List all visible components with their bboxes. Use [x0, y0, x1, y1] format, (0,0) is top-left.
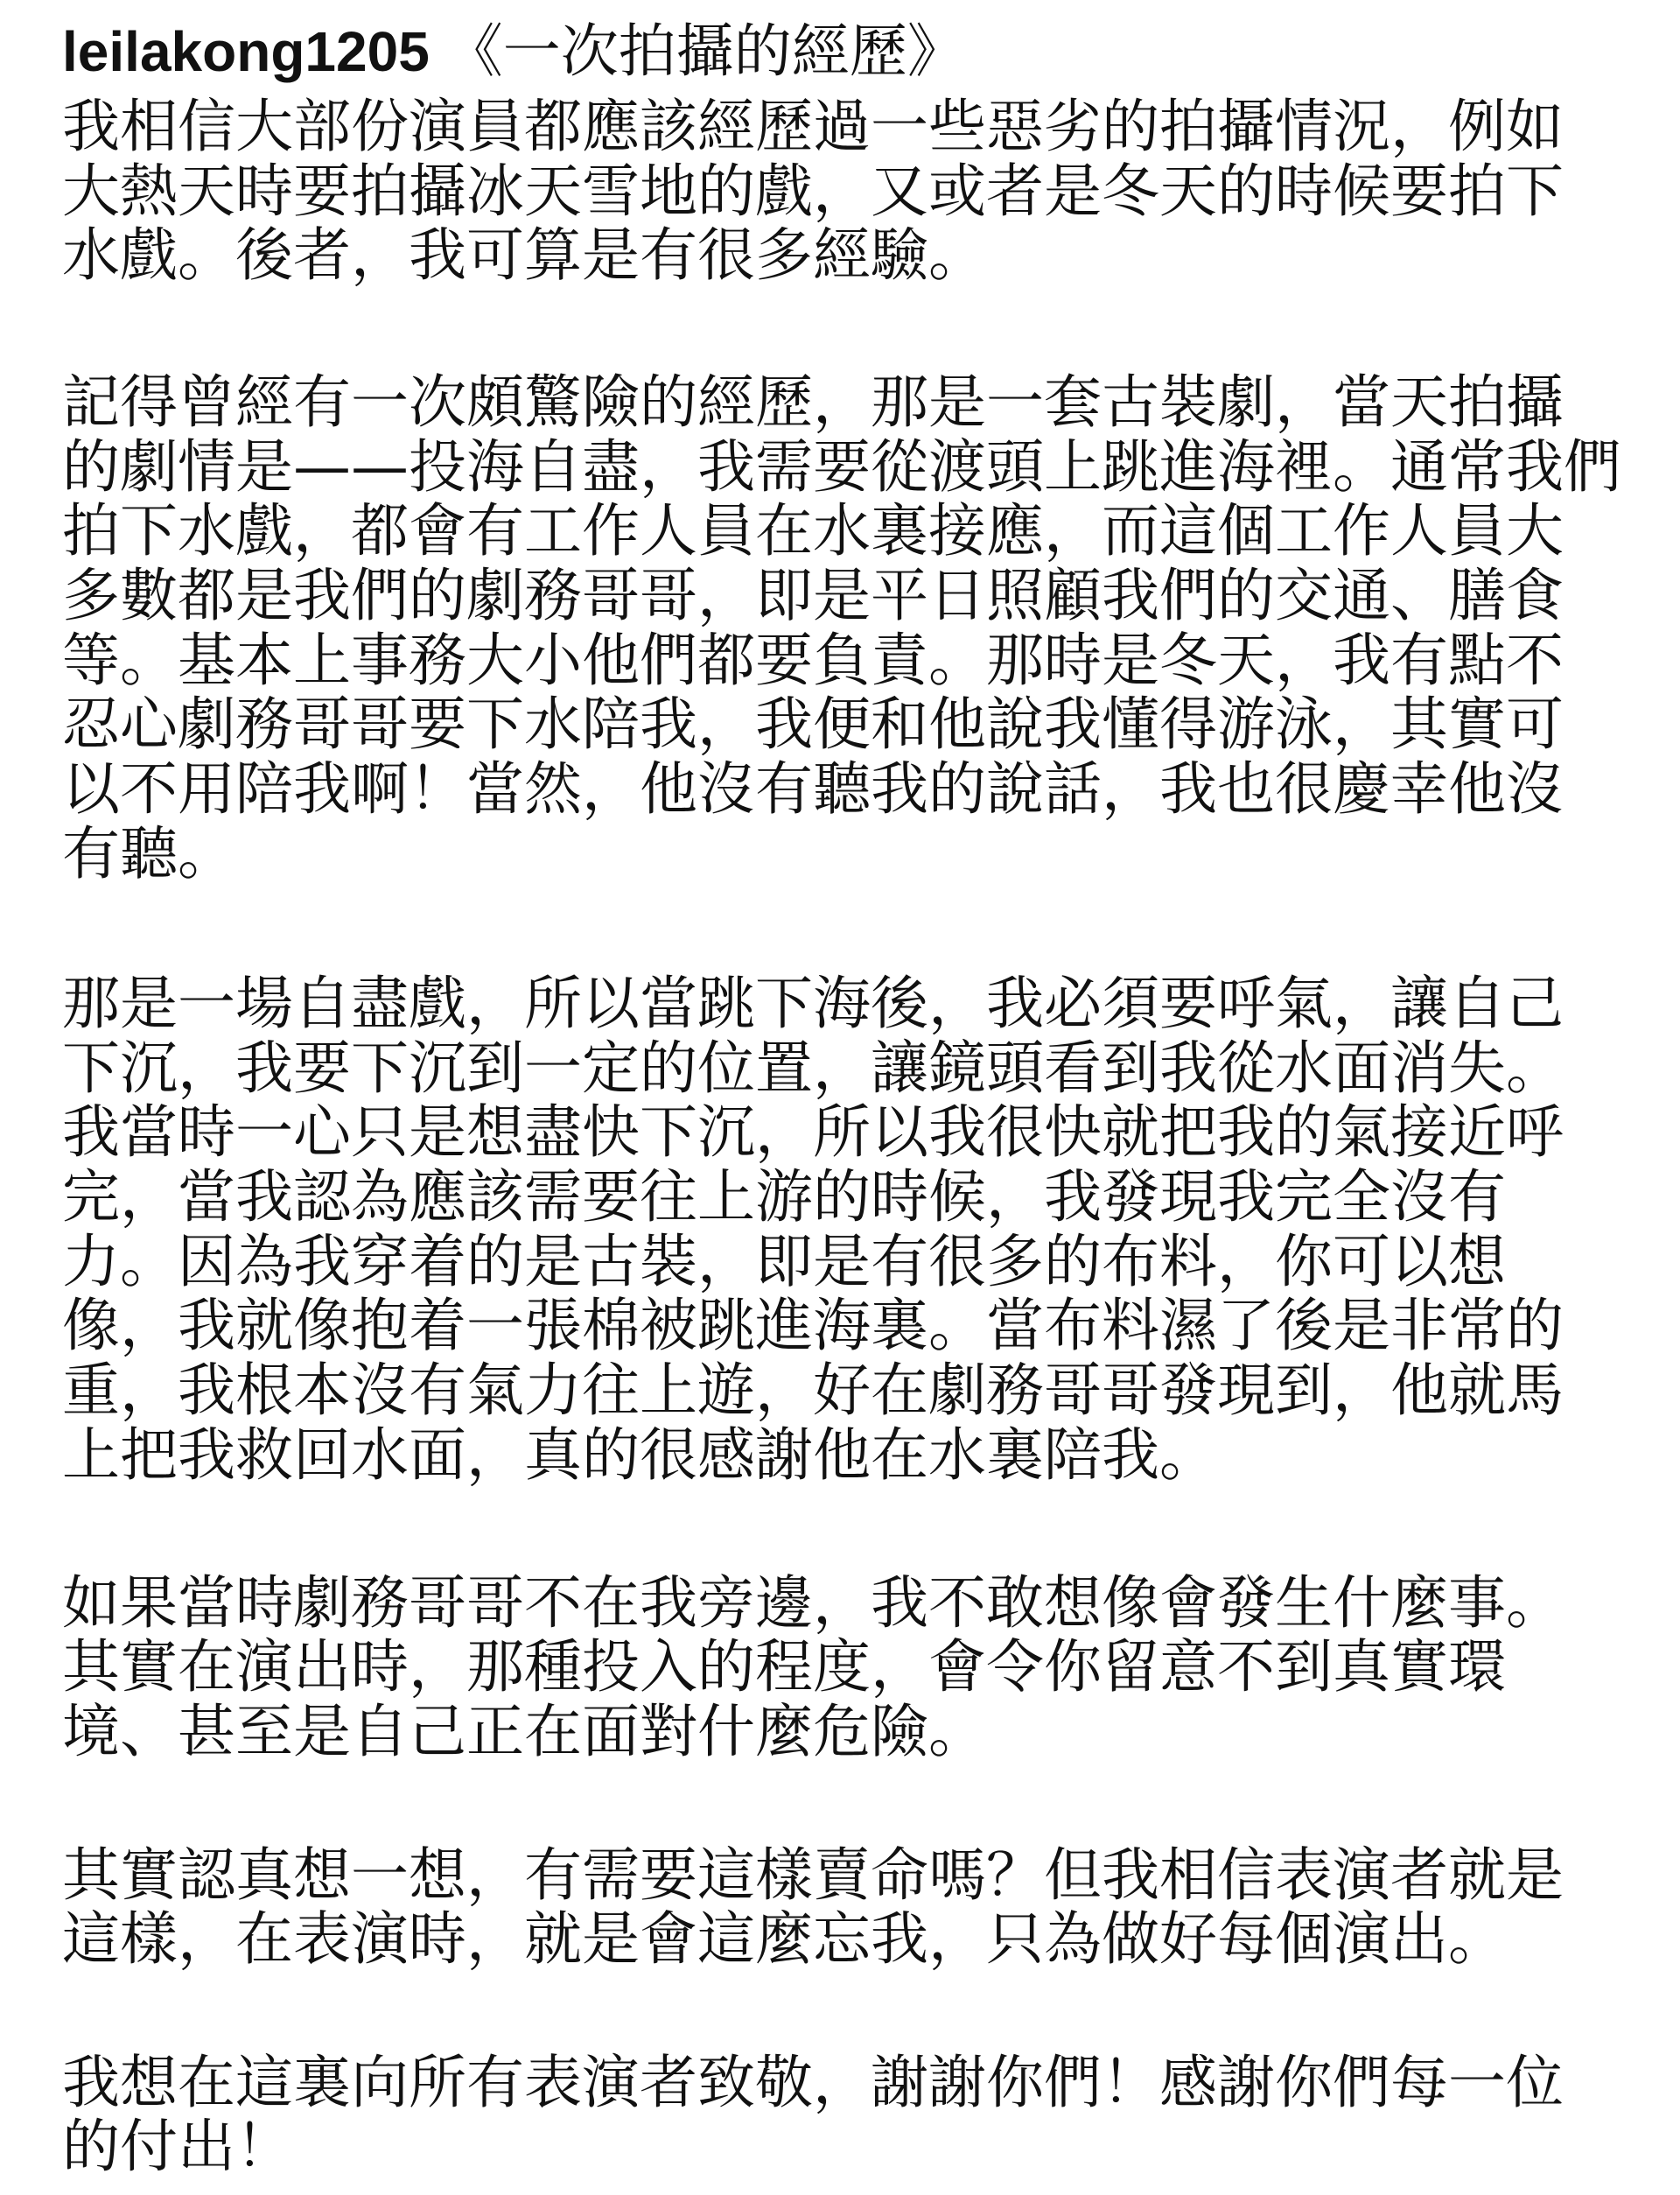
username-link[interactable]: leilakong1205 [62, 20, 430, 83]
paragraph-3: 那是一場自盡戲，所以當跳下海後，我必須要呼氣，讓自己 下沉，我要下沉到一定的位置… [62, 971, 1680, 1488]
text-line: 像，我就像抱着一張棉被跳進海裏。當布料濕了後是非常的 [62, 1294, 1680, 1358]
text-line: 大熱天時要拍攝冰天雪地的戲，又或者是冬天的時候要拍下 [62, 159, 1680, 224]
text-line: 等。基本上事務大小他們都要負責。那時是冬天，我有點不 [62, 628, 1680, 693]
text-line: 完，當我認為應該需要往上游的時候，我發現我完全沒有 [62, 1165, 1680, 1230]
caption-header: leilakong1205《一次拍攝的經歷》 [62, 19, 1680, 84]
text-line: 我相信大部份演員都應該經歷過一些惡劣的拍攝情況，例如 [62, 95, 1680, 159]
text-line: 多數都是我們的劇務哥哥，即是平日照顧我們的交通、膳食 [62, 564, 1680, 628]
text-line: 重，我根本沒有氣力往上遊，好在劇務哥哥發現到，他就馬 [62, 1358, 1680, 1423]
paragraph-6: 我想在這裏向所有表演者致敬，謝謝你們！感謝你們每一位 的付出！ [62, 2051, 1680, 2179]
paragraph-2: 記得曾經有一次頗驚險的經歷，那是一套古裝劇，當天拍攝 的劇情是——投海自盡，我需… [62, 370, 1680, 887]
text-line: 水戲。後者，我可算是有很多經驗。 [62, 223, 1680, 288]
text-line: 其實在演出時，那種投入的程度，會令你留意不到真實環 [62, 1635, 1680, 1700]
text-line: 這樣，在表演時，就是會這麼忘我，只為做好每個演出。 [62, 1907, 1680, 1972]
paragraph-1: 我相信大部份演員都應該經歷過一些惡劣的拍攝情況，例如 大熱天時要拍攝冰天雪地的戲… [62, 95, 1680, 288]
text-line: 境、甚至是自己正在面對什麼危險。 [62, 1700, 1680, 1764]
paragraph-5: 其實認真想一想，有需要這樣賣命嗎？但我相信表演者就是 這樣，在表演時，就是會這麼… [62, 1843, 1680, 1972]
text-line: 力。因為我穿着的是古裝，即是有很多的布料，你可以想 [62, 1230, 1680, 1294]
text-line: 上把我救回水面，真的很感謝他在水裏陪我。 [62, 1423, 1680, 1488]
text-line: 如果當時劇務哥哥不在我旁邊，我不敢想像會發生什麼事。 [62, 1571, 1680, 1636]
text-line: 拍下水戲，都會有工作人員在水裏接應，而這個工作人員大 [62, 499, 1680, 564]
text-line: 有聽。 [62, 822, 1680, 887]
post-caption: leilakong1205《一次拍攝的經歷》 我相信大部份演員都應該經歷過一些惡… [0, 0, 1680, 2195]
text-line: 以不用陪我啊！當然，他沒有聽我的說話，我也很慶幸他沒 [62, 757, 1680, 822]
text-line: 記得曾經有一次頗驚險的經歷，那是一套古裝劇，當天拍攝 [62, 370, 1680, 435]
text-line: 的付出！ [62, 2114, 1680, 2179]
paragraph-4: 如果當時劇務哥哥不在我旁邊，我不敢想像會發生什麼事。 其實在演出時，那種投入的程… [62, 1571, 1680, 1764]
text-line: 忍心劇務哥哥要下水陪我，我便和他說我懂得游泳，其實可 [62, 692, 1680, 757]
text-line: 我想在這裏向所有表演者致敬，謝謝你們！感謝你們每一位 [62, 2051, 1680, 2115]
text-line: 的劇情是——投海自盡，我需要從渡頭上跳進海裡。通常我們 [62, 435, 1680, 500]
text-line: 下沉，我要下沉到一定的位置，讓鏡頭看到我從水面消失。 [62, 1036, 1680, 1101]
text-line: 那是一場自盡戲，所以當跳下海後，我必須要呼氣，讓自己 [62, 971, 1680, 1036]
text-line: 我當時一心只是想盡快下沉，所以我很快就把我的氣接近呼 [62, 1100, 1680, 1165]
text-line: 其實認真想一想，有需要這樣賣命嗎？但我相信表演者就是 [62, 1843, 1680, 1908]
post-title: 《一次拍攝的經歷》 [445, 18, 965, 85]
